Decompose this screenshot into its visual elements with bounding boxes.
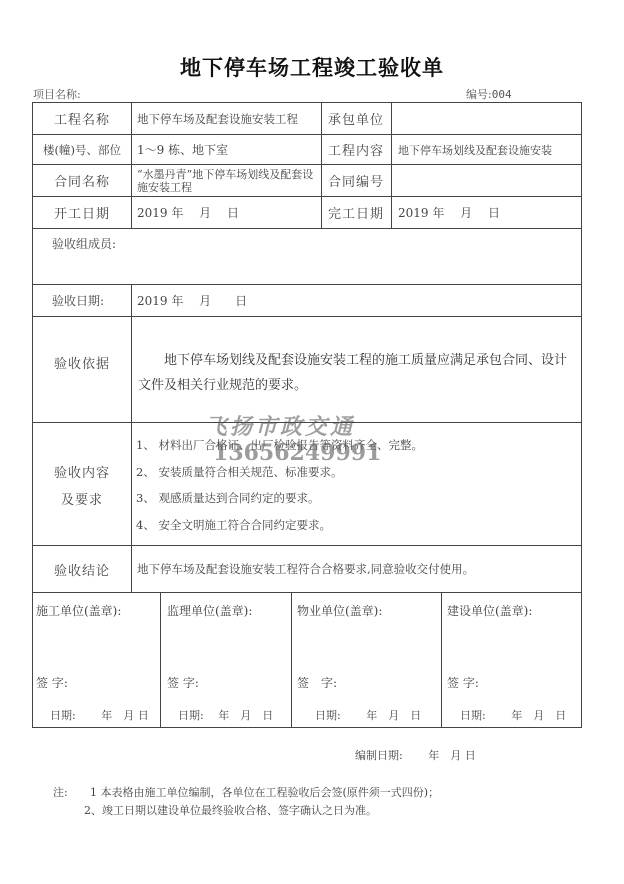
sign-label: 签 字: bbox=[167, 674, 199, 691]
label-start-date: 开工日期 bbox=[33, 197, 131, 228]
value-work-content: 地下停车场划线及配套设施安装 bbox=[398, 135, 581, 164]
watermark-company: 飞扬市政交通 bbox=[205, 410, 355, 441]
serial-label: 编号: bbox=[466, 88, 492, 101]
value-completion-date: 2019 年 月 日 bbox=[398, 197, 581, 228]
label-completion-date: 完工日期 bbox=[328, 197, 391, 228]
project-name-label: 项目名称: bbox=[33, 86, 81, 102]
note-item: 2、竣工日期以建设单位最终验收合格、签字确认之日为准。 bbox=[84, 802, 377, 818]
serial-value: 004 bbox=[492, 88, 512, 101]
label-contract-name: 合同名称 bbox=[33, 165, 131, 196]
compile-date: 编制日期: 年 月 日 bbox=[355, 747, 476, 763]
value-contract-number bbox=[398, 165, 581, 196]
value-project-name: 地下停车场及配套设施安装工程 bbox=[137, 103, 321, 134]
unit-label: 施工单位(盖章): bbox=[36, 602, 121, 619]
label-project-name: 工程名称 bbox=[33, 103, 131, 134]
note-label: 注: bbox=[53, 784, 68, 800]
label-contract-number: 合同编号 bbox=[328, 165, 391, 196]
unit-label: 物业单位(盖章): bbox=[297, 602, 382, 619]
requirement-item: 3、 观感质量达到合同约定的要求。 bbox=[136, 490, 319, 506]
date-label: 日期: 年 月 日 bbox=[50, 707, 149, 723]
label-acceptance-basis: 验收依据 bbox=[33, 317, 131, 407]
label-work-content: 工程内容 bbox=[328, 135, 391, 164]
value-start-date: 2019 年 月 日 bbox=[137, 197, 321, 228]
value-acceptance-date: 2019 年 月 日 bbox=[137, 285, 437, 316]
unit-label: 监理单位(盖章): bbox=[167, 602, 252, 619]
sign-label: 签 字: bbox=[36, 674, 68, 691]
requirement-item: 4、 安全文明施工符合合同约定要求。 bbox=[136, 517, 331, 533]
label-contractor: 承包单位 bbox=[328, 103, 391, 134]
unit-label: 建设单位(盖章): bbox=[447, 602, 532, 619]
value-contract-name: “水墨丹青”地下停车场划线及配套设施安装工程 bbox=[137, 165, 317, 196]
label-content-line1: 验收内容 bbox=[33, 460, 131, 487]
document-title: 地下停车场工程竣工验收单 bbox=[0, 52, 624, 82]
label-acceptance-date: 验收日期: bbox=[52, 285, 131, 316]
acceptance-conclusion-text: 地下停车场及配套设施安装工程符合合格要求,同意验收交付使用。 bbox=[137, 546, 577, 592]
date-label: 日期: 年 月 日 bbox=[315, 707, 421, 723]
label-acceptance-conclusion: 验收结论 bbox=[33, 546, 131, 592]
requirement-item: 2、 安装质量符合相关规范、标准要求。 bbox=[136, 464, 342, 480]
label-acceptance-members: 验收组成员: bbox=[52, 232, 352, 254]
watermark-phone: 13656249991 bbox=[213, 440, 381, 466]
value-contractor bbox=[398, 103, 581, 134]
date-label: 日期: 年 月 日 bbox=[460, 707, 566, 723]
sign-label: 签 字: bbox=[297, 674, 337, 691]
date-label: 日期: 年 月 日 bbox=[178, 707, 273, 723]
sign-label: 签 字: bbox=[447, 674, 479, 691]
label-acceptance-content: 验收内容 及要求 bbox=[33, 460, 131, 514]
value-building-location: 1～9 栋、地下室 bbox=[137, 135, 321, 164]
label-building-location: 楼(幢)号、部位 bbox=[33, 135, 131, 164]
serial-number: 编号:004 bbox=[466, 86, 512, 102]
label-content-line2: 及要求 bbox=[33, 487, 131, 514]
note-item: 1 本表格由施工单位编制，各单位在工程验收后会签(原件须一式四份)； bbox=[90, 784, 439, 800]
acceptance-basis-text: 地下停车场划线及配套设施安装工程的施工质量应满足承包合同、设计文件及相关行业规范… bbox=[138, 348, 572, 398]
